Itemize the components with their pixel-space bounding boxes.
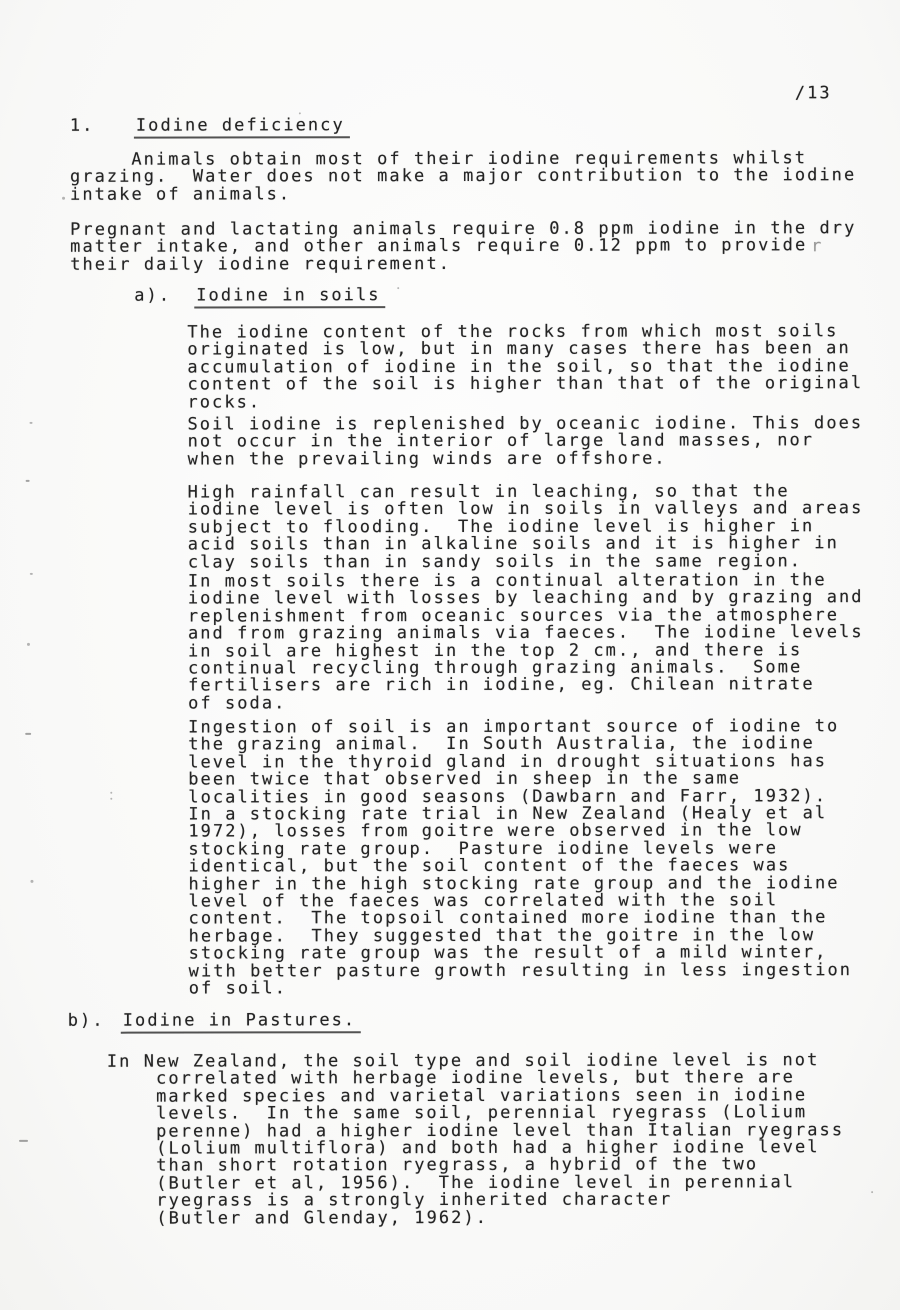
section-number: 1. bbox=[70, 118, 136, 136]
scan-speck bbox=[110, 798, 112, 800]
scan-artifacts bbox=[0, 0, 899, 1]
soils-paragraph-2: Soil iodine is replenished by oceanic io… bbox=[188, 415, 864, 469]
pastures-paragraph-1: In New Zealand, the soil type and soil i… bbox=[107, 1052, 844, 1228]
subsection-b-label: b). bbox=[68, 1013, 123, 1031]
subsection-a-title: Iodine in soils bbox=[194, 285, 385, 308]
scan-speck bbox=[397, 287, 399, 289]
subsection-b-heading: b).Iodine in Pastures. bbox=[68, 1012, 361, 1030]
document-page: /13 1.Iodine deficiency Animals obtain m… bbox=[0, 0, 900, 1310]
subsection-b-title: Iodine in Pastures. bbox=[121, 1010, 361, 1034]
soils-paragraph-4: In most soils there is a continual alter… bbox=[188, 572, 864, 713]
scan-speck bbox=[25, 733, 31, 735]
soils-paragraph-1: The iodine content of the rocks from whi… bbox=[187, 323, 863, 411]
subsection-a-heading: a).Iodine in soils bbox=[134, 287, 385, 305]
stray-typewriter-mark: r bbox=[811, 238, 823, 255]
intro-paragraph-2: Pregnant and lactating animals require 0… bbox=[70, 220, 856, 274]
scan-speck bbox=[30, 422, 33, 424]
scan-speck bbox=[110, 792, 112, 794]
scan-speck bbox=[62, 197, 65, 200]
scan-speck bbox=[30, 880, 33, 883]
soils-paragraph-3: High rainfall can result in leaching, so… bbox=[188, 483, 864, 571]
subsection-a-label: a). bbox=[134, 288, 196, 306]
scan-speck bbox=[27, 643, 30, 646]
section-heading-iodine-deficiency: 1.Iodine deficiency bbox=[70, 117, 350, 135]
scan-speck bbox=[26, 480, 30, 482]
page-number: /13 bbox=[795, 85, 832, 102]
soils-paragraph-5: Ingestion of soil is an important source… bbox=[188, 718, 852, 998]
scan-speck bbox=[299, 112, 301, 114]
scan-speck bbox=[871, 1191, 873, 1193]
scan-speck bbox=[19, 1140, 28, 1142]
scan-speck bbox=[30, 573, 33, 575]
section-title: Iodine deficiency bbox=[134, 115, 350, 138]
intro-paragraph-1: Animals obtain most of their iodine requ… bbox=[70, 150, 856, 204]
